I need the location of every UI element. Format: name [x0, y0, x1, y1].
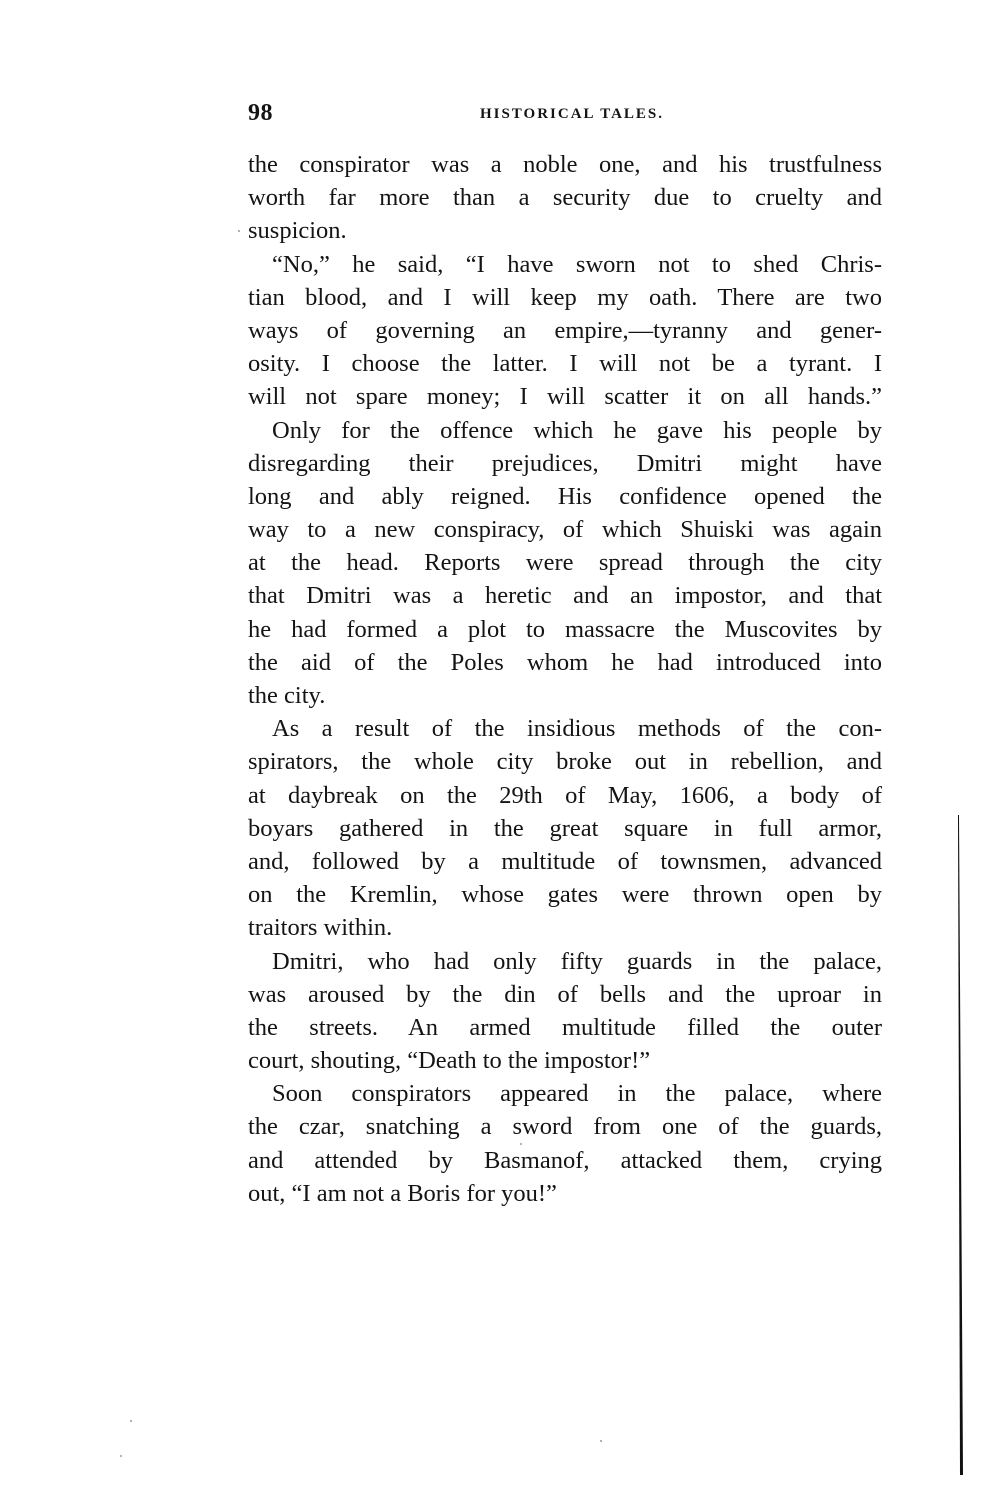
- text-line: will not spare money; I will scatter it …: [248, 380, 882, 413]
- text-line: on the Kremlin, whose gates were thrown …: [248, 878, 882, 911]
- text-line: the city.: [248, 679, 882, 712]
- running-head: 98 HISTORICAL TALES.: [248, 100, 882, 130]
- scan-speck: [238, 230, 240, 232]
- text-line: the streets. An armed multitude filled t…: [248, 1011, 882, 1044]
- text-line: tian blood, and I will keep my oath. The…: [248, 281, 882, 314]
- text-line: court, shouting, “Death to the impostor!…: [248, 1044, 882, 1077]
- paragraph: Soon conspirators appeared in the palace…: [248, 1077, 882, 1210]
- paragraph: Dmitri, who had only fifty guards in the…: [248, 945, 882, 1078]
- scan-speck: [600, 1440, 602, 1442]
- text-line: “No,” he said, “I have sworn not to shed…: [248, 248, 882, 281]
- text-line: that Dmitri was a heretic and an imposto…: [248, 579, 882, 612]
- text-line: As a result of the insidious methods of …: [248, 712, 882, 745]
- text-line: and, followed by a multitude of townsmen…: [248, 845, 882, 878]
- text-line: was aroused by the din of bells and the …: [248, 978, 882, 1011]
- text-line: ways of governing an empire,—tyranny and…: [248, 314, 882, 347]
- text-line: and attended by Basmanof, attacked them,…: [248, 1144, 882, 1177]
- paragraph: Only for the offence which he gave his p…: [248, 414, 882, 713]
- text-line: boyars gathered in the great square in f…: [248, 812, 882, 845]
- scan-edge-line: [956, 815, 966, 1475]
- text-line: suspicion.: [248, 214, 882, 247]
- text-line: the czar, snatching a sword from one of …: [248, 1110, 882, 1143]
- text-line: Only for the offence which he gave his p…: [248, 414, 882, 447]
- text-line: osity. I choose the latter. I will not b…: [248, 347, 882, 380]
- scan-speck: [520, 1143, 522, 1145]
- text-line: worth far more than a security due to cr…: [248, 181, 882, 214]
- text-line: out, “I am not a Boris for you!”: [248, 1177, 882, 1210]
- scan-speck: [130, 1420, 132, 1422]
- text-line: spirators, the whole city broke out in r…: [248, 745, 882, 778]
- text-line: Dmitri, who had only fifty guards in the…: [248, 945, 882, 978]
- paragraph: “No,” he said, “I have sworn not to shed…: [248, 248, 882, 414]
- text-line: he had formed a plot to massacre the Mus…: [248, 613, 882, 646]
- text-line: at the head. Reports were spread through…: [248, 546, 882, 579]
- book-page: 98 HISTORICAL TALES. the conspirator was…: [0, 0, 1000, 1493]
- text-line: disregarding their prejudices, Dmitri mi…: [248, 447, 882, 480]
- paragraph: As a result of the insidious methods of …: [248, 712, 882, 944]
- scan-speck: [120, 1455, 122, 1457]
- text-line: long and ably reigned. His confidence op…: [248, 480, 882, 513]
- text-line: traitors within.: [248, 911, 882, 944]
- text-line: way to a new conspiracy, of which Shuisk…: [248, 513, 882, 546]
- text-line: Soon conspirators appeared in the palace…: [248, 1077, 882, 1110]
- text-line: at daybreak on the 29th of May, 1606, a …: [248, 779, 882, 812]
- text-line: the conspirator was a noble one, and his…: [248, 148, 882, 181]
- paragraph: the conspirator was a noble one, and his…: [248, 148, 882, 248]
- running-title: HISTORICAL TALES.: [248, 106, 882, 123]
- text-line: the aid of the Poles whom he had introdu…: [248, 646, 882, 679]
- body-text: the conspirator was a noble one, and his…: [248, 148, 882, 1210]
